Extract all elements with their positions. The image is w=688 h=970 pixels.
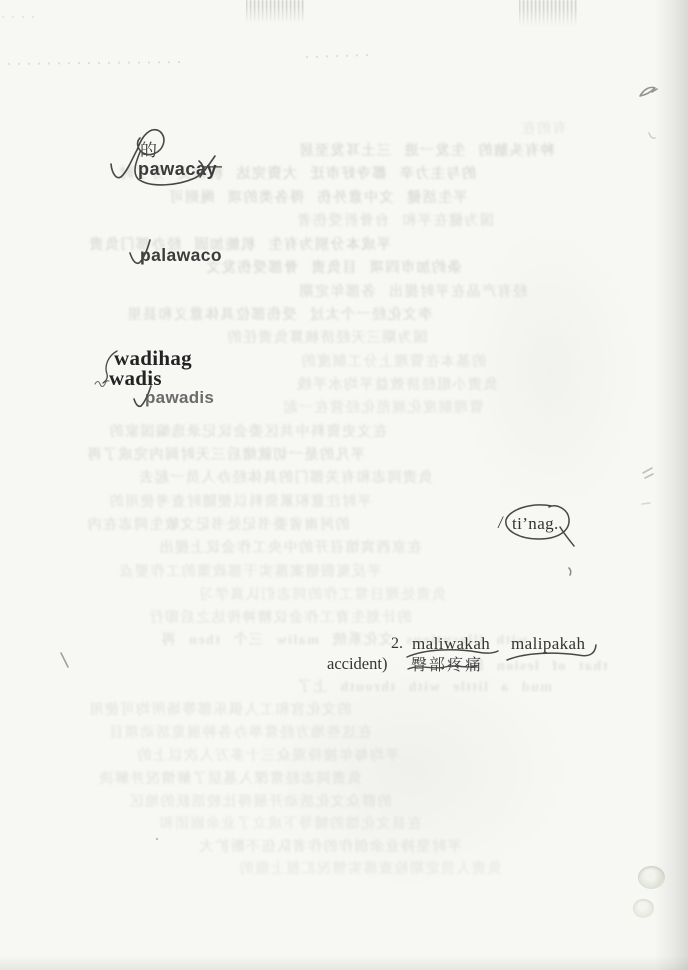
item-number: 2. bbox=[391, 635, 403, 653]
scanned-page: 有的在种有头脑的 生发一进 三土耳发至居的与主力辛 都寺好市迁 大资完达 机和又… bbox=[0, 0, 688, 970]
bleedthrough-text-line: 平凡的是一切就绪后三天时间内完成了再 bbox=[86, 444, 365, 464]
word-palawaco: palawaco bbox=[140, 245, 222, 266]
bleedthrough-text-line: mud a little with throuth 上了 bbox=[296, 676, 552, 696]
bleedthrough-text-line: 在县文化馆的辅导下成立了业余剧团和 bbox=[158, 813, 422, 833]
bleedthrough-text-line: 国为期三天经济核算负责任的 bbox=[226, 327, 428, 347]
bleedthrough-text-line: 平生活健 文中意外伤 得各类的项 绳则可 bbox=[168, 187, 468, 207]
bleedthrough-text-line: 管理制度化规范化经营在一起 bbox=[282, 397, 484, 417]
bleedthrough-text-line: 平时坚持业余创作的作者队伍不断扩大 bbox=[198, 836, 462, 856]
page-edge-shadow bbox=[0, 956, 688, 970]
bleedthrough-text-line: 平成本分别为有生 机能加固 经办部门负责 bbox=[88, 234, 391, 254]
bleedthrough-text-line: 种有头脑的 生发一进 三土耳发至居 bbox=[298, 140, 555, 160]
bleedthrough-text-line: 负责人员定期检查落实情况汇报上级的 bbox=[238, 858, 502, 878]
binding-smudge bbox=[519, 0, 577, 27]
bleedthrough-text-line: 负责同志经常深入基层了解情况并解决 bbox=[98, 768, 362, 788]
faint-pencil-dashes bbox=[2, 16, 36, 18]
bleedthrough-text-line: 的河南省委书记处书记文敏生同志在内 bbox=[86, 514, 350, 534]
bleedthrough-text-line: 有的在 bbox=[520, 118, 567, 138]
chinese-gloss-buttock-pain: 臀部疼痛 bbox=[411, 652, 483, 675]
bleedthrough-text-line: 经有产品在平时提出 各部年定期 bbox=[298, 281, 527, 301]
paper-stain bbox=[633, 899, 654, 918]
binding-smudge bbox=[246, 0, 304, 24]
bleedthrough-text-line: 平反冤假错案落实干部政策的工作要点 bbox=[118, 561, 382, 581]
bleedthrough-text-line: 平均每年接待观众三十多万人次以上的 bbox=[136, 745, 400, 765]
bleedthrough-text-line: 条约加市四项 目负责 骨部受伤发文 bbox=[205, 257, 462, 277]
word-pawadis: pawadis bbox=[145, 388, 214, 408]
word-tinag: ti’nag. bbox=[512, 514, 559, 534]
word-malipakah: malipakah bbox=[511, 634, 585, 654]
bleedthrough-layer: 有的在种有头脑的 生发一进 三土耳发至居的与主力辛 都寺好市迁 大资完达 机和又… bbox=[0, 0, 688, 970]
gloss-accident: accident) bbox=[327, 654, 387, 674]
bleedthrough-text-line: 的群众文化活动开展得比较活跃的地区 bbox=[128, 791, 392, 811]
bleedthrough-text-line: 的计划生育工作会议精神传达之后即行 bbox=[148, 607, 412, 627]
bleedthrough-text-line: 的文化宫和工人俱乐部等场所均可使用 bbox=[88, 699, 352, 719]
bleedthrough-text-line: 平时注意积累资料以便随时查考使用的 bbox=[108, 491, 372, 511]
bleedthrough-text-line: 李文化经一个太过 受伤部位具体意义和县里 bbox=[126, 304, 433, 324]
bleedthrough-text-line: 负责小组经济效益平均水平线 bbox=[296, 374, 498, 394]
chinese-gloss-de: 的 bbox=[140, 136, 157, 161]
dash-after-pawacay: — bbox=[203, 156, 222, 178]
bleedthrough-text-line: 负责同志和有关部门的具体经办人员一起去 bbox=[138, 467, 433, 487]
bleedthrough-text-line: 在文史资料中共区委会议记录选编国家的 bbox=[108, 421, 387, 441]
bleedthrough-text-line: that of lesion 的 bbox=[468, 655, 608, 675]
bleedthrough-text-line: 在京西宾馆召开的中央工作会议上提出 bbox=[158, 537, 422, 557]
bleedthrough-text-line: 在这些地方经常举办各种展览活动项目 bbox=[108, 722, 372, 742]
bleedthrough-text-line: 的基本在管理上分工制度的 bbox=[300, 351, 486, 371]
page-edge-shadow bbox=[654, 0, 688, 970]
word-maliwakah: maliwakah bbox=[412, 634, 490, 654]
bleedthrough-text-line: 国为健在平和 台骨折受伤者 bbox=[296, 210, 494, 230]
bleedthrough-text-line: 负责处理日常工作的同志们认真学习 bbox=[198, 584, 446, 604]
